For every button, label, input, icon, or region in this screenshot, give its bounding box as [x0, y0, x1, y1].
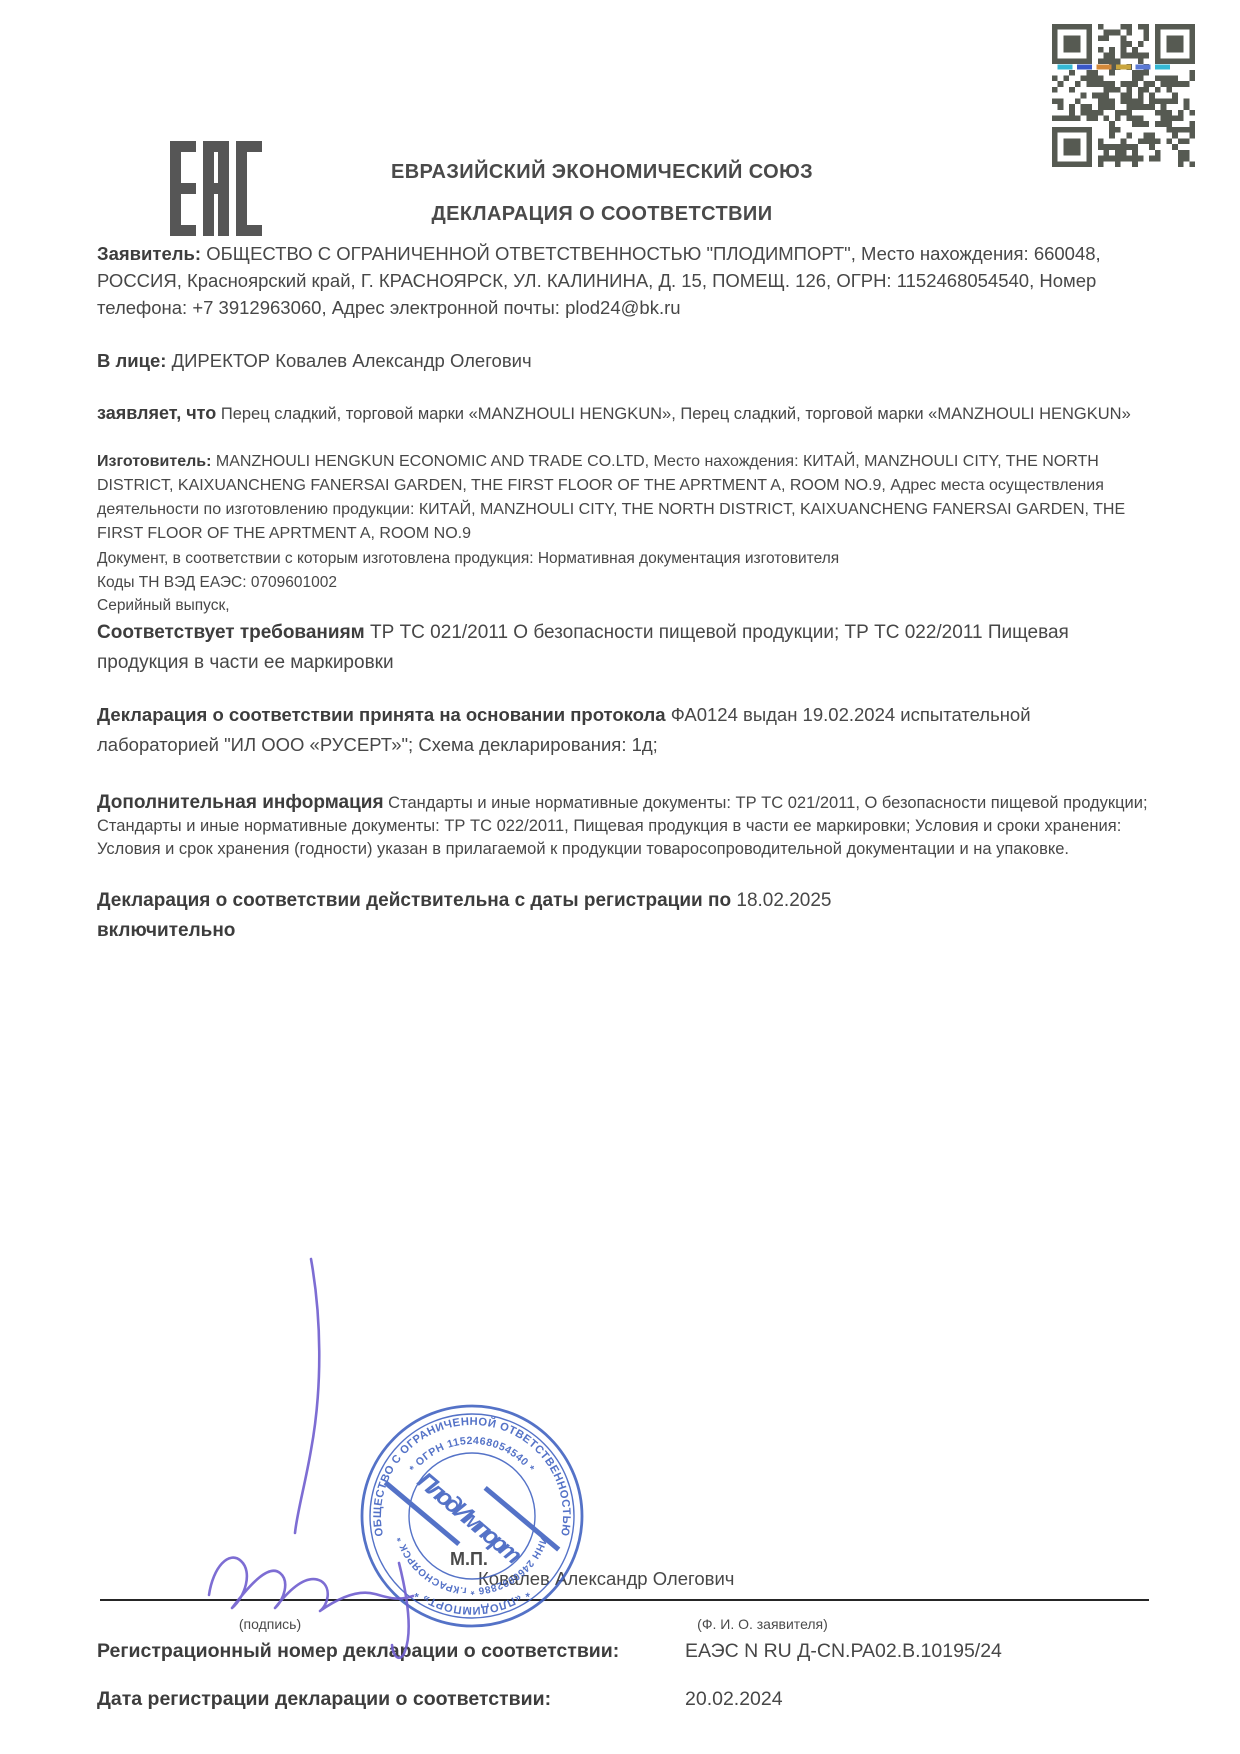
registration-date-label: Дата регистрации декларации о соответств…	[97, 1688, 551, 1711]
declares-text: Перец сладкий, торговой марки «MANZHOULI…	[221, 405, 1131, 423]
validity-suffix: включительно	[97, 920, 235, 941]
basis-label: Декларация о соответствии принята на осн…	[97, 704, 666, 725]
union-title: ЕВРАЗИЙСКИЙ ЭКОНОМИЧЕСКИЙ СОЮЗ	[20, 161, 1184, 184]
declaration-document: ЕВРАЗИЙСКИЙ ЭКОНОМИЧЕСКИЙ СОЮЗ ДЕКЛАРАЦИ…	[0, 0, 1240, 1754]
manufacturer-text: MANZHOULI HENGKUN ECONOMIC AND TRADE CO.…	[97, 453, 1125, 542]
person-paragraph: В лице: ДИРЕКТОР Ковалев Александр Олего…	[97, 347, 1152, 374]
additional-info-paragraph: Дополнительная информация Стандарты и ин…	[97, 791, 1152, 861]
validity-paragraph: Декларация о соответствии действительна …	[97, 886, 1152, 946]
qr-code	[1052, 24, 1195, 167]
tnved-line: Коды ТН ВЭД ЕАЭС: 0709601002	[97, 571, 1152, 594]
declares-label: заявляет, что	[97, 403, 216, 423]
norm-doc-line: Документ, в соответствии с которым изгот…	[97, 547, 1152, 570]
registration-date-value: 20.02.2024	[685, 1688, 783, 1711]
manufacturer-paragraph: Изготовитель: MANZHOULI HENGKUN ECONOMIC…	[97, 450, 1152, 546]
handwritten-signature	[185, 1245, 455, 1665]
validity-date: 18.02.2025	[736, 890, 831, 911]
manufacturer-label: Изготовитель:	[97, 453, 211, 470]
serial-line: Серийный выпуск,	[97, 594, 1152, 617]
validity-label: Декларация о соответствии действительна …	[97, 890, 731, 911]
conforms-label: Соответствует требованиям	[97, 622, 365, 643]
registration-number-value: ЕАЭС N RU Д-CN.PA02.B.10195/24	[685, 1640, 1002, 1663]
document-title: ДЕКЛАРАЦИЯ О СООТВЕТСТВИИ	[20, 203, 1184, 226]
applicant-label: Заявитель:	[97, 243, 201, 264]
additional-label: Дополнительная информация	[97, 792, 384, 813]
conforms-paragraph: Соответствует требованиям ТР ТС 021/2011…	[97, 618, 1152, 678]
declares-paragraph: заявляет, что Перец сладкий, торговой ма…	[97, 401, 1152, 426]
applicant-text: ОБЩЕСТВО С ОГРАНИЧЕННОЙ ОТВЕТСТВЕННОСТЬЮ…	[97, 243, 1101, 318]
basis-paragraph: Декларация о соответствии принята на осн…	[97, 700, 1152, 760]
fio-caption: (Ф. И. О. заявителя)	[645, 1616, 880, 1632]
person-label: В лице:	[97, 350, 166, 371]
person-text: ДИРЕКТОР Ковалев Александр Олегович	[172, 350, 532, 371]
applicant-paragraph: Заявитель: ОБЩЕСТВО С ОГРАНИЧЕННОЙ ОТВЕТ…	[97, 240, 1152, 321]
